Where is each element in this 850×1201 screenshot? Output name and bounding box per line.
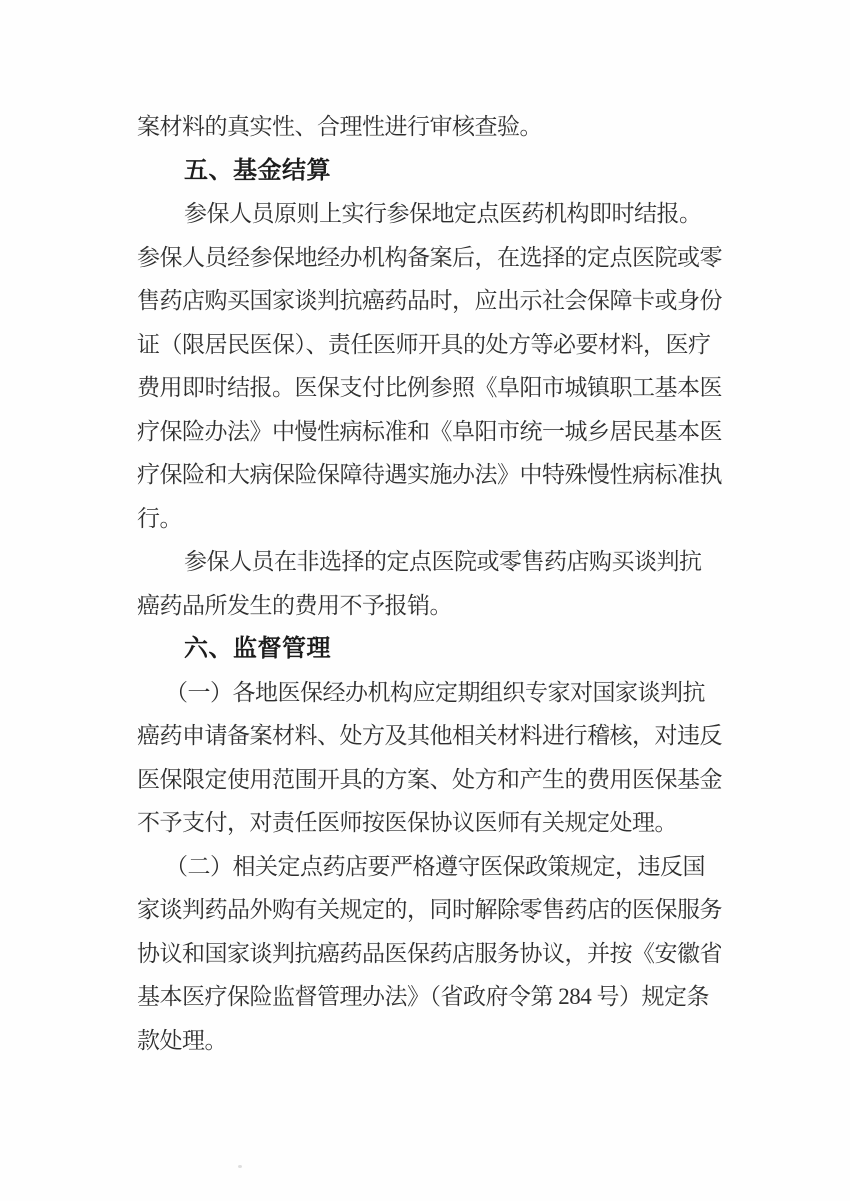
text-line: 疗保险办法》中慢性病标准和《阜阳市统一城乡居民基本医 — [137, 410, 749, 454]
text-line: 不予支付，对责任医师按医保协议医师有关规定处理。 — [137, 801, 749, 845]
text-line: 证（限居民医保）、责任医师开具的处方等必要材料，医疗 — [137, 323, 749, 367]
text-line: （二）相关定点药店要严格遵守医保政策规定，违反国 — [137, 845, 749, 889]
text-line: 癌药申请备案材料、处方及其他相关材料进行稽核，对违反 — [137, 714, 749, 758]
text-line: 行。 — [137, 497, 749, 541]
text-line: 参保人员经参保地经办机构备案后，在选择的定点医院或零 — [137, 236, 749, 280]
text-line: 参保人员在非选择的定点医院或零售药店购买谈判抗 — [137, 540, 749, 584]
text-line: 家谈判药品外购有关规定的，同时解除零售药店的医保服务 — [137, 888, 749, 932]
scan-speck — [238, 1165, 242, 1168]
document-page: 案材料的真实性、合理性进行审核查验。五、基金结算参保人员原则上实行参保地定点医药… — [0, 0, 850, 1201]
text-line: 基本医疗保险监督管理办法》（省政府令第 284 号）规定条 — [137, 975, 749, 1019]
text-line: （一）各地医保经办机构应定期组织专家对国家谈判抗 — [137, 671, 749, 715]
section-heading: 五、基金结算 — [137, 149, 749, 193]
text-line: 癌药品所发生的费用不予报销。 — [137, 584, 749, 628]
text-line: 参保人员原则上实行参保地定点医药机构即时结报。 — [137, 192, 749, 236]
section-heading: 六、监督管理 — [137, 627, 749, 671]
text-line: 疗保险和大病保险保障待遇实施办法》中特殊慢性病标准执 — [137, 453, 749, 497]
text-line: 售药店购买国家谈判抗癌药品时，应出示社会保障卡或身份 — [137, 279, 749, 323]
text-line: 费用即时结报。医保支付比例参照《阜阳市城镇职工基本医 — [137, 366, 749, 410]
text-line: 款处理。 — [137, 1019, 749, 1063]
text-line: 案材料的真实性、合理性进行审核查验。 — [137, 105, 749, 149]
document-body: 案材料的真实性、合理性进行审核查验。五、基金结算参保人员原则上实行参保地定点医药… — [137, 105, 749, 1062]
text-line: 医保限定使用范围开具的方案、处方和产生的费用医保基金 — [137, 758, 749, 802]
text-line: 协议和国家谈判抗癌药品医保药店服务协议，并按《安徽省 — [137, 932, 749, 976]
